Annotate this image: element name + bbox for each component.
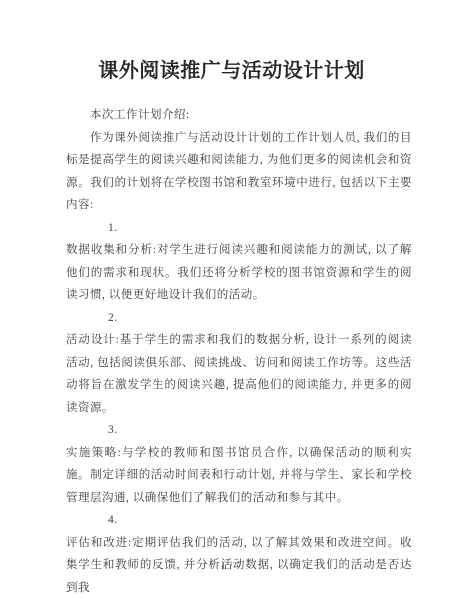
document-body: 本次工作计划介绍: 作为课外阅读推广与活动设计计划的工作计划人员, 我们的目标是… — [66, 104, 412, 599]
page-indicator: 1 / 7 — [0, 561, 463, 572]
list-item-number: 3. — [66, 419, 412, 442]
intro-paragraph: 作为课外阅读推广与活动设计计划的工作计划人员, 我们的目标是提高学生的阅读兴趣和… — [66, 127, 412, 217]
list-item: 2. 活动设计:基于学生的需求和我们的数据分析, 设计一系列的阅读活动, 包括阅… — [66, 307, 412, 420]
list-item: 1. 数据收集和分析:对学生进行阅读兴趣和阅读能力的测试, 以了解他们的需求和现… — [66, 217, 412, 307]
list-item-number: 4. — [66, 509, 412, 532]
list-item-number: 2. — [66, 307, 412, 330]
document-page: 课外阅读推广与活动设计计划 本次工作计划介绍: 作为课外阅读推广与活动设计计划的… — [0, 0, 463, 600]
list-item-text: 活动设计:基于学生的需求和我们的数据分析, 设计一系列的阅读活动, 包括阅读俱乐… — [66, 329, 412, 419]
document-title: 课外阅读推广与活动设计计划 — [0, 0, 463, 85]
intro-heading: 本次工作计划介绍: — [66, 104, 412, 127]
list-item: 3. 实施策略:与学校的教师和图书馆员合作, 以确保活动的顺利实施。制定详细的活… — [66, 419, 412, 509]
list-item: 4. 评估和改进:定期评估我们的活动, 以了解其效果和改进空间。收集学生和教师的… — [66, 509, 412, 599]
list-item-text: 实施策略:与学校的教师和图书馆员合作, 以确保活动的顺利实施。制定详细的活动时间… — [66, 442, 412, 510]
list-item-number: 1. — [66, 217, 412, 240]
list-item-text: 数据收集和分析:对学生进行阅读兴趣和阅读能力的测试, 以了解他们的需求和现状。我… — [66, 239, 412, 307]
